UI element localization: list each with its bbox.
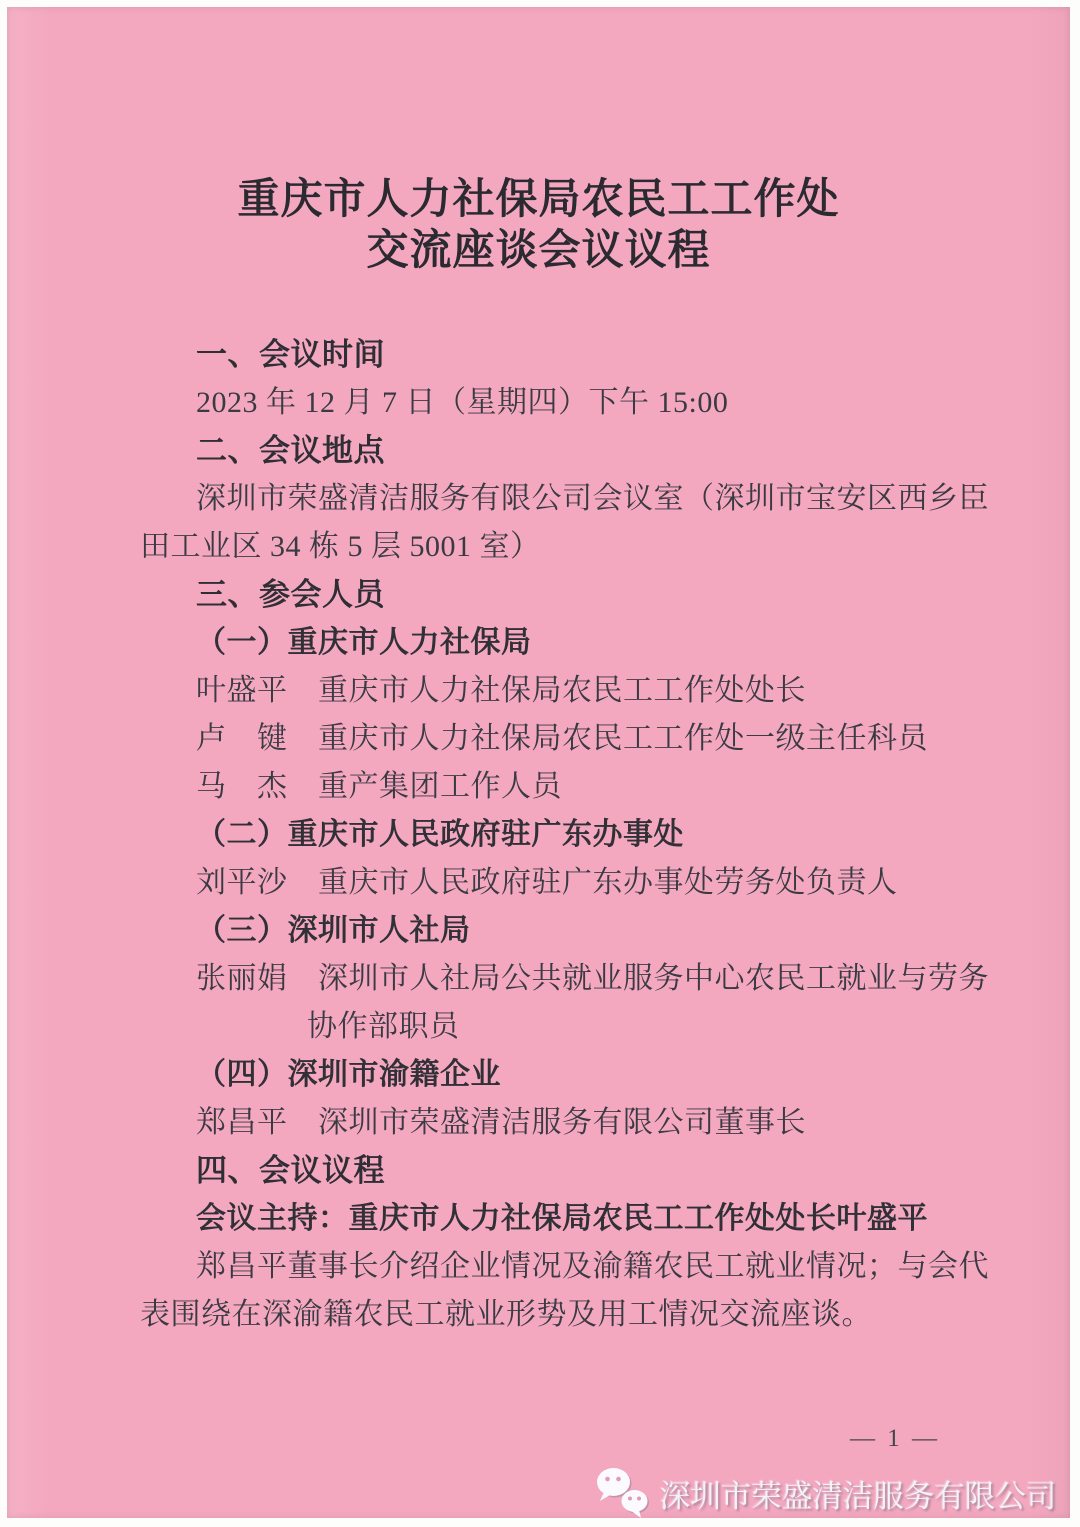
watermark-text: 深圳市荣盛清洁服务有限公司 bbox=[660, 1471, 1057, 1516]
agenda-description-line-1: 郑昌平董事长介绍企业情况及渝籍农民工就业情况；与会代 bbox=[140, 1243, 942, 1291]
section-heading-meeting-location: 二、会议地点 bbox=[140, 427, 942, 475]
section-heading-agenda: 四、会议议程 bbox=[140, 1147, 942, 1195]
attendee-group-2-heading: （二）重庆市人民政府驻广东办事处 bbox=[140, 811, 942, 859]
document-title: 重庆市人力社保局农民工工作处 交流座谈会议议程 bbox=[7, 175, 1070, 277]
wechat-icon bbox=[594, 1465, 654, 1521]
title-line-1: 重庆市人力社保局农民工工作处 bbox=[7, 175, 1070, 226]
agenda-description-line-2: 表围绕在深渝籍农民工就业形势及用工情况交流座谈。 bbox=[140, 1291, 942, 1339]
document-page: 重庆市人力社保局农民工工作处 交流座谈会议议程 一、会议时间 2023 年 12… bbox=[7, 7, 1070, 1518]
page-number: — 1 — bbox=[850, 1425, 940, 1453]
watermark: 深圳市荣盛清洁服务有限公司 bbox=[594, 1465, 1057, 1521]
document-body: 一、会议时间 2023 年 12 月 7 日（星期四）下午 15:00 二、会议… bbox=[140, 331, 942, 1339]
meeting-host-line: 会议主持：重庆市人力社保局农民工工作处处长叶盛平 bbox=[140, 1195, 942, 1243]
attendee-row: 郑昌平 深圳市荣盛清洁服务有限公司董事长 bbox=[140, 1099, 942, 1147]
section-heading-meeting-time: 一、会议时间 bbox=[140, 331, 942, 379]
meeting-time-value: 2023 年 12 月 7 日（星期四）下午 15:00 bbox=[140, 379, 942, 427]
attendee-row: 叶盛平 重庆市人力社保局农民工工作处处长 bbox=[140, 667, 942, 715]
attendee-row: 马 杰 重产集团工作人员 bbox=[140, 763, 942, 811]
attendee-row-continuation: 协作部职员 bbox=[140, 1003, 942, 1051]
attendee-group-4-heading: （四）深圳市渝籍企业 bbox=[140, 1051, 942, 1099]
attendee-row: 刘平沙 重庆市人民政府驻广东办事处劳务处负责人 bbox=[140, 859, 942, 907]
attendee-row: 卢 键 重庆市人力社保局农民工工作处一级主任科员 bbox=[140, 715, 942, 763]
attendee-group-3-heading: （三）深圳市人社局 bbox=[140, 907, 942, 955]
section-heading-attendees: 三、参会人员 bbox=[140, 571, 942, 619]
meeting-location-line-1: 深圳市荣盛清洁服务有限公司会议室（深圳市宝安区西乡臣 bbox=[140, 475, 942, 523]
attendee-group-1-heading: （一）重庆市人力社保局 bbox=[140, 619, 942, 667]
title-line-2: 交流座谈会议议程 bbox=[7, 226, 1070, 277]
attendee-row: 张丽娟 深圳市人社局公共就业服务中心农民工就业与劳务 bbox=[140, 955, 942, 1003]
meeting-location-line-2: 田工业区 34 栋 5 层 5001 室） bbox=[140, 523, 942, 571]
